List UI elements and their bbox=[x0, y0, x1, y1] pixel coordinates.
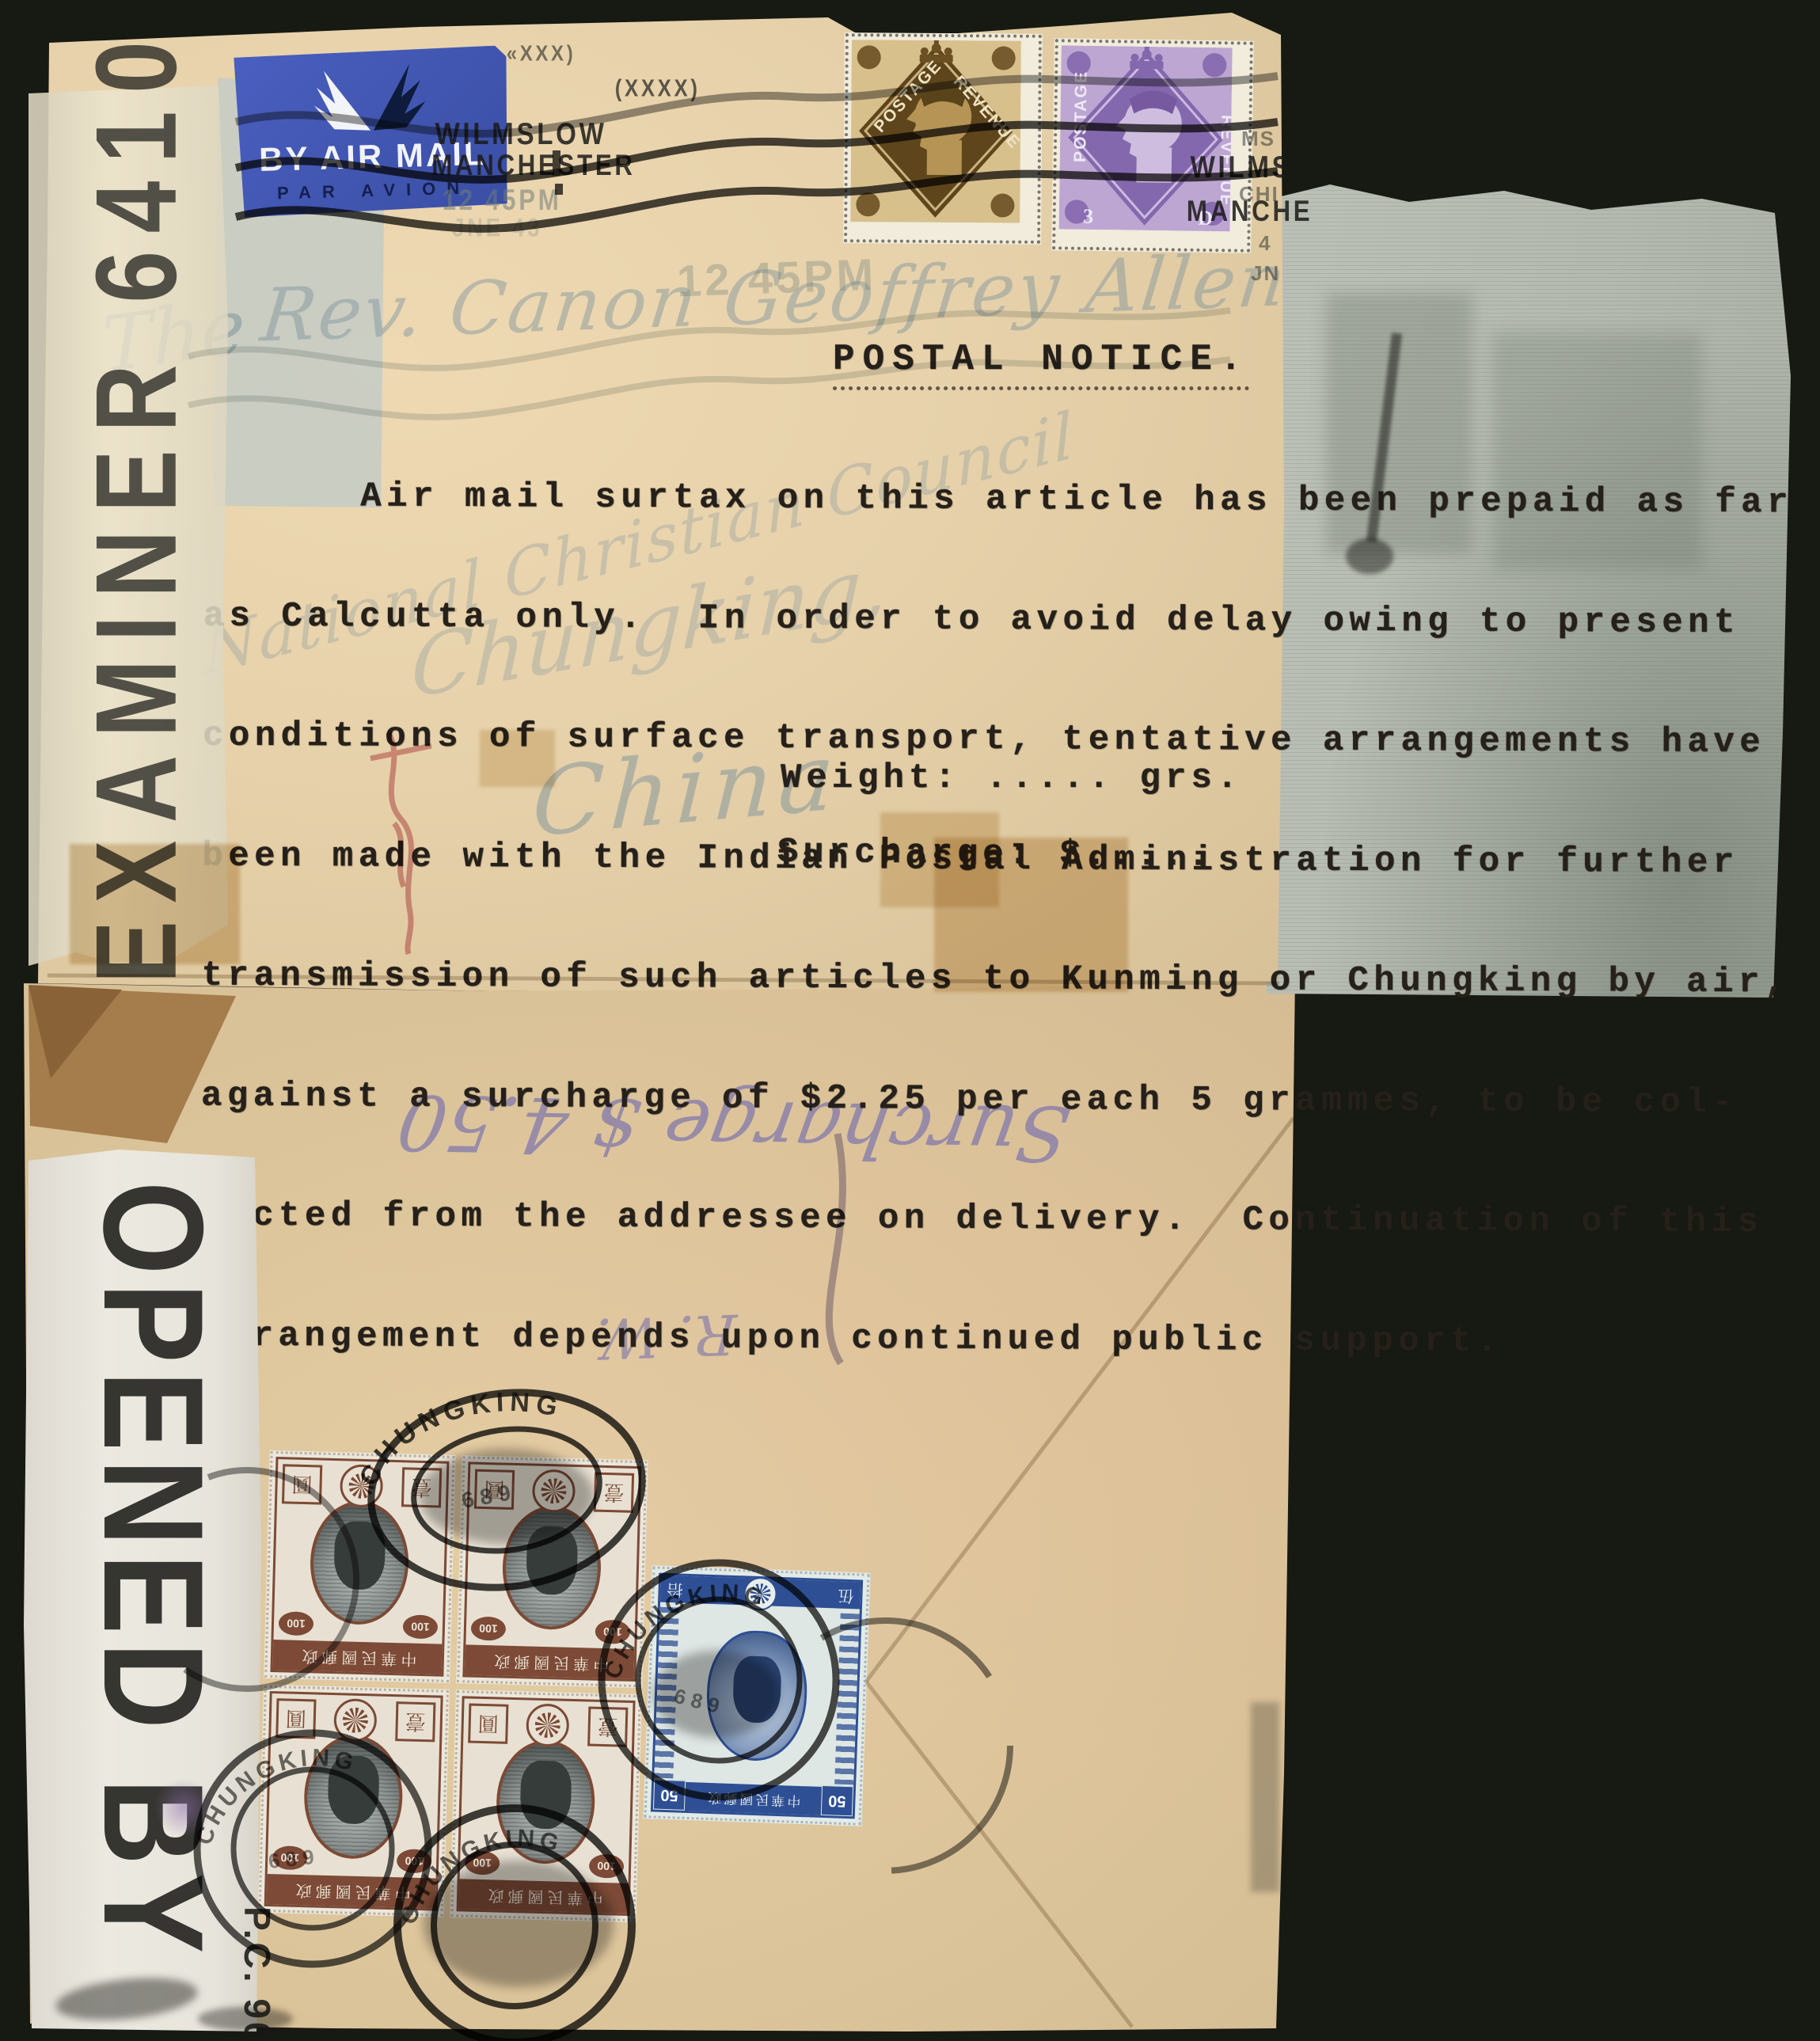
pencil-loop bbox=[829, 1134, 842, 1363]
postmark-date: 6 8 9 bbox=[267, 1845, 315, 1873]
cancellation-overlay: CHUNGKING CHUNGKING CHUNGKING CHUNGKING … bbox=[0, 0, 1820, 2041]
cancel-dot-mark bbox=[555, 184, 563, 195]
wavy-cancel-ghost bbox=[188, 310, 1230, 417]
postmark-blotches bbox=[420, 1449, 780, 1987]
wavy-cancel-lines bbox=[236, 76, 1278, 229]
postmark-town: CHUNGKING bbox=[191, 1745, 360, 1849]
photo-stage: The Rev. Canon Geoffrey Allen National C… bbox=[0, 0, 1820, 2041]
cancel-bar-mark bbox=[553, 150, 560, 176]
red-pencil-mark bbox=[370, 732, 431, 954]
svg-text:CHUNGKING: CHUNGKING bbox=[191, 1745, 360, 1849]
